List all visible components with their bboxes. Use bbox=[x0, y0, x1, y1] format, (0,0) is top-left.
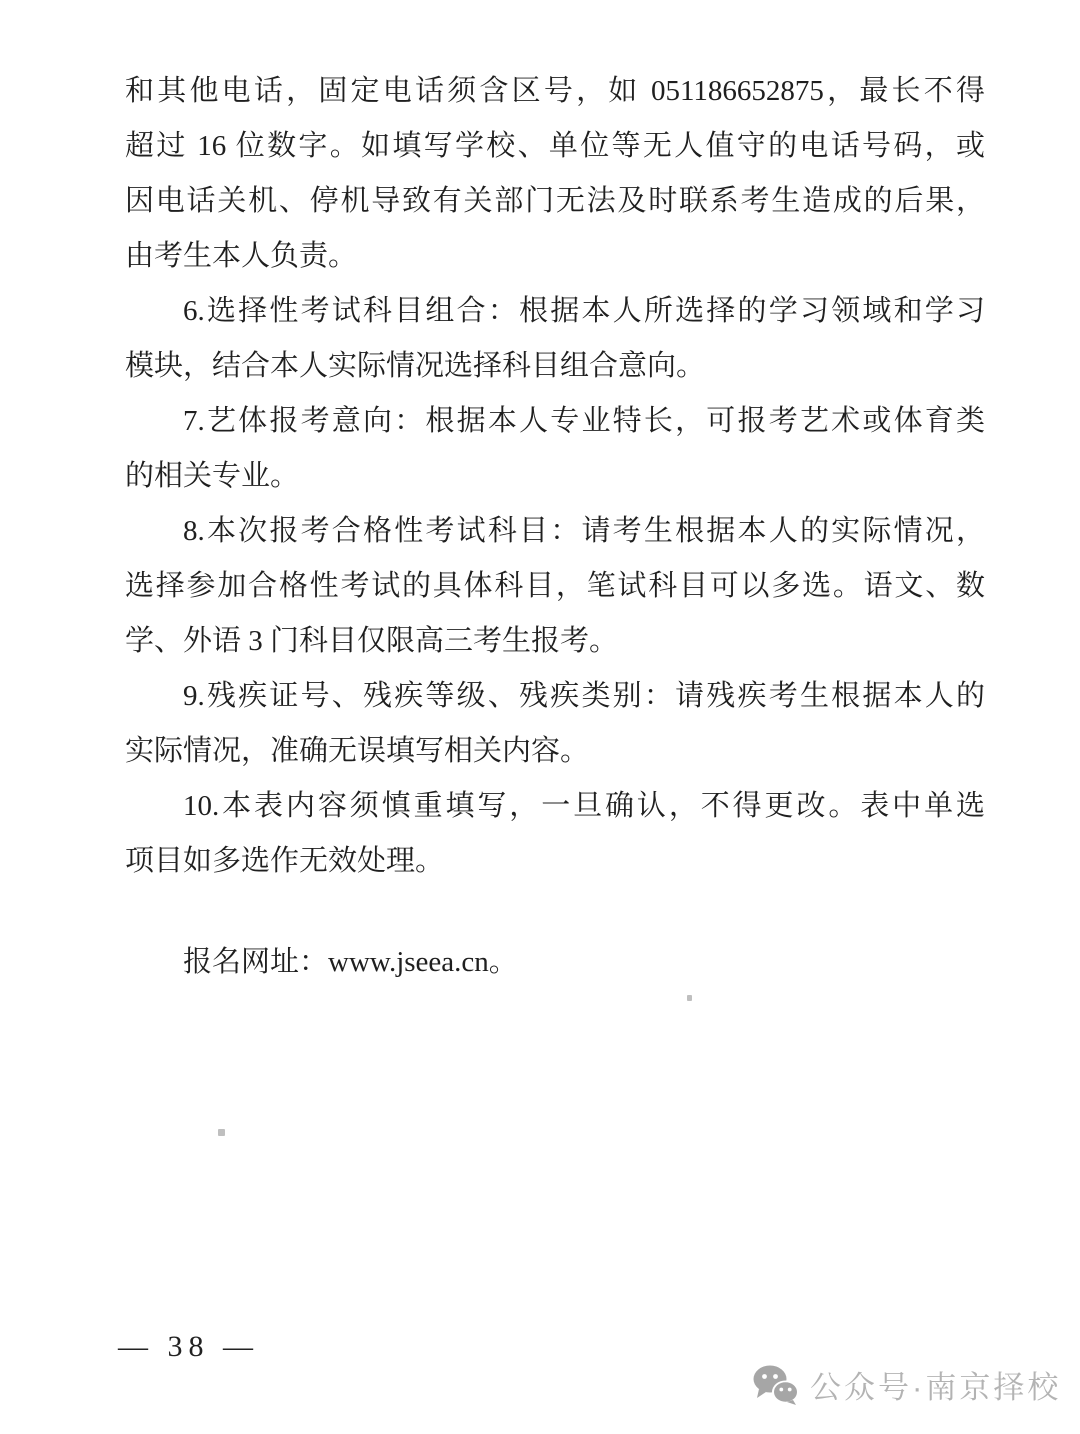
text-line: 学、外语 3 门科目仅限高三考生报考。 bbox=[125, 614, 985, 669]
text-line: 由考生本人负责。 bbox=[125, 229, 985, 284]
text-line: 和其他电话，固定电话须含区号，如 051186652875，最长不得 bbox=[125, 64, 985, 119]
text-line: 的相关专业。 bbox=[125, 449, 985, 504]
text-line: 实际情况，准确无误填写相关内容。 bbox=[125, 724, 985, 779]
text-line: 项目如多选作无效处理。 bbox=[125, 834, 985, 889]
watermark-label: 公众号·南京择校 bbox=[810, 1362, 1061, 1407]
body-text: 和其他电话，固定电话须含区号，如 051186652875，最长不得 超过 16… bbox=[125, 64, 985, 889]
text-line: 模块，结合本人实际情况选择科目组合意向。 bbox=[125, 339, 985, 394]
registration-url-line: 报名网址：www.jseea.cn。 bbox=[125, 935, 985, 990]
text-line-item-6: 6.选择性考试科目组合：根据本人所选择的学习领域和学习 bbox=[125, 284, 985, 339]
text-line-item-10: 10.本表内容须慎重填写，一旦确认，不得更改。表中单选 bbox=[125, 779, 985, 834]
text-line-item-7: 7.艺体报考意向：根据本人专业特长，可报考艺术或体育类 bbox=[125, 394, 985, 449]
text-line: 因电话关机、停机导致有关部门无法及时联系考生造成的后果， bbox=[125, 174, 985, 229]
scan-speck bbox=[218, 1129, 225, 1136]
text-line-item-8: 8.本次报考合格性考试科目：请考生根据本人的实际情况， bbox=[125, 504, 985, 559]
wechat-icon bbox=[752, 1365, 800, 1405]
page-number: — 38 — bbox=[118, 1330, 259, 1364]
scan-speck bbox=[687, 995, 692, 1001]
document-page: 和其他电话，固定电话须含区号，如 051186652875，最长不得 超过 16… bbox=[0, 0, 1080, 1434]
text-line: 超过 16 位数字。如填写学校、单位等无人值守的电话号码，或 bbox=[125, 119, 985, 174]
text-line-item-9: 9.残疾证号、残疾等级、残疾类别：请残疾考生根据本人的 bbox=[125, 669, 985, 724]
text-line: 选择参加合格性考试的具体科目，笔试科目可以多选。语文、数 bbox=[125, 559, 985, 614]
watermark: 公众号·南京择校 bbox=[752, 1362, 1061, 1407]
